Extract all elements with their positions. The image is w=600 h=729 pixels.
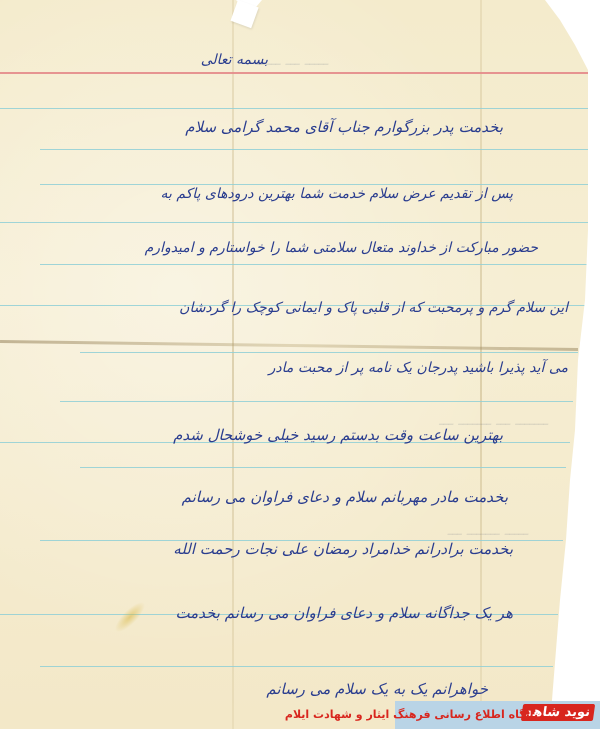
margin-line-red xyxy=(0,72,588,74)
ruled-line xyxy=(0,108,588,109)
watermark-caption: پایگاه اطلاع رسانی فرهنگ ایثار و شهادت ا… xyxy=(285,708,538,721)
ruled-line xyxy=(60,401,573,402)
letter-line: خواهرانم یک به یک سلام می رسانم xyxy=(266,680,488,698)
bleed-through-text: ـــــ ـــــــ ـــ xyxy=(448,520,528,539)
ruled-line xyxy=(0,222,588,223)
letter-line: بهترین ساعت وقت بدستم رسید خیلی خوشحال ش… xyxy=(173,426,503,444)
ruled-line xyxy=(40,666,553,667)
ruled-line xyxy=(40,149,588,150)
ruled-line xyxy=(40,184,588,185)
letter-line: بخدمت برادرانم خدامراد رمضان علی نجات رح… xyxy=(173,540,513,558)
ruled-line xyxy=(80,352,578,353)
letter-heading: بسمه تعالی xyxy=(201,52,268,68)
letter-line: پس از تقدیم عرض سلام خدمت شما بهترین درو… xyxy=(160,186,513,202)
ruled-line xyxy=(80,467,566,468)
letter-line: هر یک جداگانه سلام و دعای فراوان می رسان… xyxy=(175,604,513,622)
letter-paper: ـــــ ـــ ـــــ ـــــــ ـــ ـــــــ ـــ … xyxy=(0,0,588,729)
horizontal-fold xyxy=(0,340,578,351)
letter-line: بخدمت پدر بزرگوارم جناب آقای محمد گرامی … xyxy=(185,118,503,136)
letter-line: حضور مبارکت از خداوند متعال سلامتی شما ر… xyxy=(145,240,538,256)
letter-line: این سلام گرم و پرمحبت که از قلبی پاک و ا… xyxy=(179,300,568,316)
paper-stain xyxy=(111,598,149,636)
letter-line: بخدمت مادر مهربانم سلام و دعای فراوان می… xyxy=(182,488,508,506)
ruled-line xyxy=(40,264,588,265)
letter-line: می آید پذیرا باشید پدرجان یک نامه پر از … xyxy=(269,360,568,376)
